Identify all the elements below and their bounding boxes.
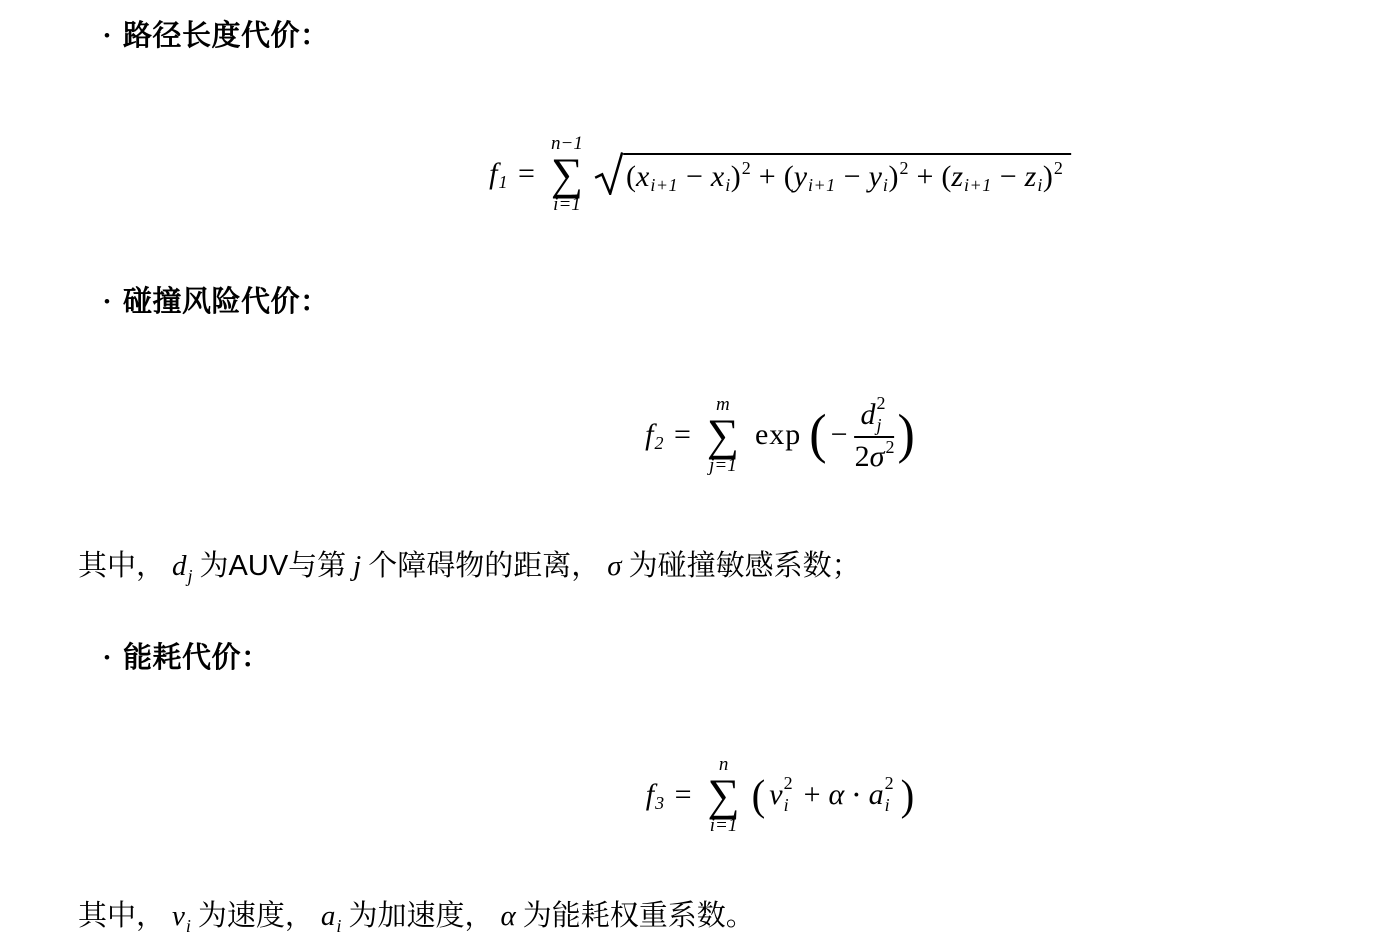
inline-math-ai: ai	[321, 900, 342, 932]
math-var-sigma: σ	[870, 440, 885, 474]
open-paren: (	[784, 160, 794, 194]
math-sub: i+1	[808, 175, 836, 196]
plus-sign: +	[759, 160, 776, 194]
math-var: z	[1025, 160, 1037, 194]
note-text: 为AUV与第	[200, 550, 347, 582]
equals-sign: =	[518, 157, 535, 191]
math-var-f: f	[489, 157, 497, 191]
note-collision-params: 其中，dj为AUV与第j个障碍物的距离，σ为碰撞敏感系数；	[78, 548, 861, 595]
math-var: j	[353, 550, 361, 582]
bullet-label-energy: 能耗代价：	[123, 640, 271, 676]
sigma-icon: ∑	[551, 154, 583, 195]
exp-function: exp	[755, 418, 801, 452]
math-sub: i	[336, 916, 341, 936]
open-paren: (	[809, 408, 826, 463]
bullet-label-path-length: 路径长度代价：	[123, 18, 330, 54]
minus-sign: −	[1000, 160, 1017, 194]
math-sub: 3	[655, 793, 665, 814]
bullet-item-energy: • 能耗代价：	[104, 640, 270, 676]
cdot-operator: ⋅	[851, 778, 861, 813]
note-energy-params: 其中，vi为速度，ai为加速度，α为能耗权重系数。	[78, 898, 755, 945]
summation: m ∑ j=1	[707, 395, 739, 476]
open-paren: (	[941, 160, 951, 194]
math-sub: i	[186, 916, 191, 936]
bullet-label-collision-risk: 碰撞风险代价：	[123, 284, 330, 320]
math-var-v: v	[769, 778, 782, 812]
equals-sign: =	[675, 778, 692, 812]
summation: n ∑ i=1	[708, 755, 740, 836]
formula-collision-risk-cost: f2 = m ∑ j=1 exp ( − d2j 2σ2 )	[645, 388, 915, 482]
math-sup: 2	[1054, 158, 1063, 179]
bullet-item-collision-risk: • 碰撞风险代价：	[104, 284, 329, 320]
math-supsub: 2i	[884, 777, 897, 813]
close-paren: )	[1043, 160, 1053, 194]
math-sub: j	[877, 415, 882, 436]
close-paren: )	[731, 160, 741, 194]
math-sup: 2	[877, 393, 886, 414]
minus-sign: −	[686, 160, 703, 194]
math-lhs: f2	[645, 418, 664, 452]
plus-sign: +	[804, 778, 821, 812]
open-paren: (	[752, 773, 766, 816]
note-text: 个障碍物的距离，	[368, 550, 600, 582]
math-sup: 2	[899, 158, 908, 179]
math-var-a: a	[869, 778, 884, 812]
bullet-item-path-length: • 路径长度代价：	[104, 18, 329, 54]
math-lhs: f3	[646, 778, 665, 812]
math-sub: i	[725, 175, 731, 196]
inline-math-dj: dj	[172, 550, 193, 582]
note-text: 其中，	[78, 550, 165, 582]
minus-sign: −	[831, 418, 848, 452]
close-paren: )	[898, 408, 915, 463]
sum-lower-limit: j=1	[709, 456, 737, 476]
formula-energy-cost: f3 = n ∑ i=1 ( v2i + α ⋅ a2i )	[646, 752, 914, 838]
math-var: a	[321, 900, 336, 932]
math-sup: 2	[885, 773, 894, 794]
note-text: 为能耗权重系数。	[523, 900, 755, 932]
math-var-f: f	[645, 418, 653, 452]
math-var: y	[869, 160, 882, 194]
math-sup: 2	[742, 158, 751, 179]
math-var: y	[794, 160, 807, 194]
math-term-v: v2i	[769, 777, 795, 813]
equals-sign: =	[674, 418, 691, 452]
inline-math-sigma: σ	[607, 550, 621, 582]
math-supsub: 2i	[783, 777, 796, 813]
close-paren: )	[888, 160, 898, 194]
sigma-icon: ∑	[707, 415, 739, 456]
math-sub: i+1	[964, 175, 992, 196]
math-sub: i	[885, 795, 890, 816]
radical-sign-icon	[593, 152, 623, 195]
formula-path-length-cost: f1 = n−1 ∑ i=1 (xi+1−xi)2 + (yi+1−yi)2 +…	[489, 128, 1071, 220]
inline-math-vi: vi	[172, 900, 191, 932]
square-root: (xi+1−xi)2 + (yi+1−yi)2 + (zi+1−zi)2	[593, 153, 1071, 195]
math-var-f: f	[646, 778, 654, 812]
bullet-icon: •	[104, 640, 110, 676]
bullet-icon: •	[104, 18, 110, 54]
document-page: • 路径长度代价： f1 = n−1 ∑ i=1 (xi+1−xi)2 + (y…	[0, 0, 1394, 946]
sum-lower-limit: i=1	[553, 195, 581, 215]
bullet-icon: •	[104, 284, 110, 320]
math-lhs: f1	[489, 157, 508, 191]
math-var: z	[951, 160, 963, 194]
math-sub: i	[1037, 175, 1043, 196]
math-number: 2	[855, 440, 870, 474]
math-term-a: a2i	[869, 777, 897, 813]
sum-lower-limit: i=1	[710, 816, 738, 836]
fraction-numerator: d2j	[855, 397, 895, 438]
open-paren: (	[626, 160, 636, 194]
radicand: (xi+1−xi)2 + (yi+1−yi)2 + (zi+1−zi)2	[623, 153, 1071, 195]
note-text: 为碰撞敏感系数；	[629, 550, 861, 582]
math-var: x	[636, 160, 649, 194]
math-sub: 2	[654, 433, 664, 454]
close-paren: )	[901, 773, 915, 816]
math-supsub: 2j	[876, 397, 889, 433]
math-var: x	[711, 160, 724, 194]
math-var: v	[172, 900, 185, 932]
inline-math-j: j	[353, 550, 361, 582]
math-var-alpha: α	[829, 778, 845, 812]
math-sub: j	[188, 566, 193, 586]
note-text: 其中，	[78, 900, 165, 932]
math-sup: 2	[885, 437, 894, 458]
math-sub: i	[784, 795, 789, 816]
math-var: σ	[607, 550, 621, 582]
math-sup: 2	[784, 773, 793, 794]
sigma-icon: ∑	[708, 775, 740, 816]
inline-math-alpha: α	[500, 900, 515, 932]
fraction-denominator: 2σ2	[855, 438, 895, 474]
math-sub: 1	[499, 172, 509, 193]
plus-sign: +	[916, 160, 933, 194]
note-text: 为加速度，	[348, 900, 493, 932]
math-var: d	[172, 550, 187, 582]
note-text: 为速度，	[198, 900, 314, 932]
math-var-d: d	[861, 398, 876, 432]
minus-sign: −	[844, 160, 861, 194]
math-sub: i+1	[650, 175, 678, 196]
math-var: α	[500, 900, 515, 932]
fraction: d2j 2σ2	[855, 397, 895, 474]
math-sub: i	[883, 175, 889, 196]
summation: n−1 ∑ i=1	[551, 134, 583, 215]
